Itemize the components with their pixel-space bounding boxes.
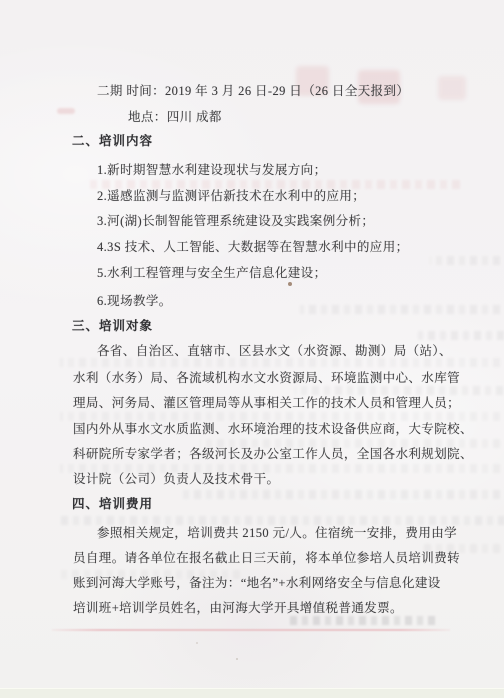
bleedthrough-red-character-blob [438,76,466,100]
scan-edge-strip [0,688,504,698]
paper-speck [196,642,198,644]
paragraph-line: 科研院所专家学者；各级河长及办公室工作人员，全国各水利规划院、 [73,447,473,461]
paragraph-line: 国内外从事水文水质监测、水环境治理的技术设备供应商，大专院校、 [73,422,473,436]
bleedthrough-text-smudge [290,616,435,625]
paragraph-line: 各省、自治区、直辖市、区县水文（水资源、勘测）局（站）、 [97,344,452,358]
paragraph-line: 水利（水务）局、各流域机构水文水资源局、环境监测中心、水库管 [73,371,460,385]
schedule-location-line: 地点：四川 成都 [128,110,222,124]
paragraph-line: 账到河海大学账号，备注为：“地名”+水利网络安全与信息化建设 [73,576,441,590]
list-item-line: 3.河(湖)长制智能管理系统建设及实践案例分析； [97,214,374,228]
section-heading-training-audience: 三、培训对象 [72,319,153,333]
bleedthrough-text-smudge [180,490,500,499]
schedule-time-line: 二期 时间：2019 年 3 月 26 日-29 日（26 日全天报到） [97,84,409,98]
paragraph-line: 员自理。请各单位在报名截止日三天前，将本单位参培人员培训费转 [73,551,460,565]
paragraph-line: 理局、河务局、灌区管理局等从事相关工作的技术人员和管理人员； [73,396,460,410]
paragraph-line: 培训班+培训学员姓名，由河海大学开具增值税普通发票。 [73,601,403,615]
paragraph-line: 参照相关规定，培训费共 2150 元/人。住宿统一安排，费用由学 [97,526,457,540]
scanned-document-page: 二期 时间：2019 年 3 月 26 日-29 日（26 日全天报到） 地点：… [0,0,504,698]
list-item-line: 1.新时期智慧水利建设现状与发展方向； [97,163,326,177]
bleedthrough-text-smudge [60,412,500,421]
bleedthrough-text-smudge [85,180,460,189]
list-item-line: 5.水利工程管理与安全生产信息化建设； [97,266,326,280]
paragraph-line: 设计院（公司）负责人及技术骨干。 [73,472,279,486]
section-heading-training-content: 二、培训内容 [72,134,153,148]
bleedthrough-red-mark [57,108,75,114]
list-item-line: 6.现场教学。 [97,294,172,308]
bleedthrough-text-smudge [295,386,503,395]
bleedthrough-text-smudge [60,358,500,367]
list-item-line: 4.3S 技术、人工智能、大数据等在智慧水利中的应用； [97,240,409,254]
section-heading-training-fee: 四、培训费用 [72,497,153,511]
list-item-line: 2.遥感监测与监测评估新技术在水利中的应用； [97,189,365,203]
bleedthrough-text-smudge [430,256,500,265]
paper-speck [236,658,238,660]
bleedthrough-text-smudge [418,331,504,340]
bleedthrough-text-smudge [60,516,504,525]
bleedthrough-text-smudge [300,305,500,314]
bleedthrough-divider-line [52,629,450,631]
paper-speck [288,282,292,286]
